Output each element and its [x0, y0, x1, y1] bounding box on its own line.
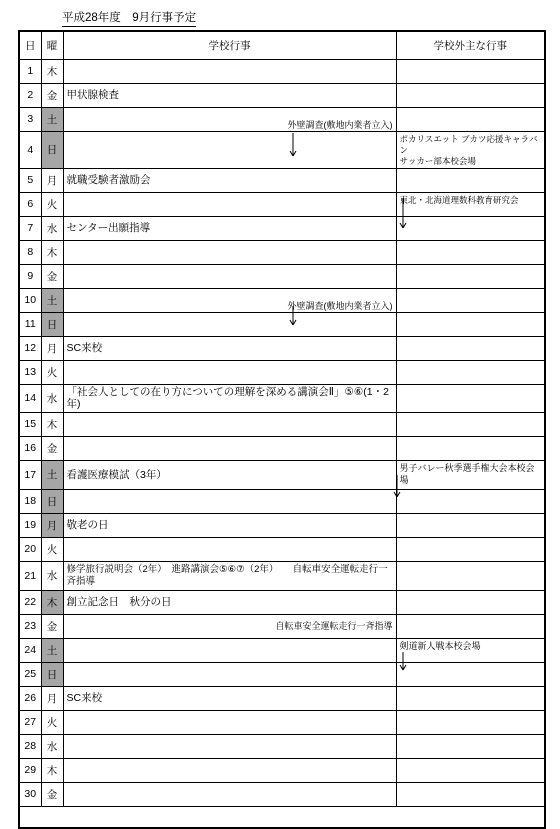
- outside-event-cell: [396, 360, 545, 384]
- day-cell: 18: [19, 489, 41, 513]
- weekday-cell: 水: [41, 734, 63, 758]
- weekday-cell: 月: [41, 513, 63, 537]
- day-cell: 3: [19, 107, 41, 131]
- schedule-row: 16 金: [19, 436, 545, 460]
- schedule-row: 17 土 看護医療模試（3年） 男子バレー秋季選手権大会本校会 場: [19, 460, 545, 489]
- outside-event-cell: [396, 561, 545, 590]
- outside-event-cell: [396, 710, 545, 734]
- day-cell: 11: [19, 312, 41, 336]
- outside-event-cell: [396, 336, 545, 360]
- day-cell: 8: [19, 240, 41, 264]
- day-cell: 30: [19, 782, 41, 806]
- header-day: 日: [19, 31, 41, 59]
- schedule-row: 1 木: [19, 59, 545, 83]
- schedule-row: 2 金 甲状腺検査: [19, 83, 545, 107]
- outside-event-cell: [396, 614, 545, 638]
- school-event-cell: [63, 240, 396, 264]
- table-header: 日 曜 学校行事 学校外主な行事: [19, 31, 545, 59]
- weekday-cell: 土: [41, 107, 63, 131]
- day-cell: 1: [19, 59, 41, 83]
- outside-event-cell: [396, 83, 545, 107]
- schedule-row: 30 金: [19, 782, 545, 806]
- day-cell: 25: [19, 662, 41, 686]
- table-body: 1 木 2 金 甲状腺検査 3 土 外壁調査(敷地内業者立入) 4 日 ポカリス…: [19, 59, 545, 806]
- day-cell: 20: [19, 537, 41, 561]
- school-event-cell: 外壁調査(敷地内業者立入): [63, 288, 396, 312]
- school-event-cell: [63, 489, 396, 513]
- school-event-cell: [63, 782, 396, 806]
- header-outside-events: 学校外主な行事: [396, 31, 545, 59]
- outside-event-cell: [396, 513, 545, 537]
- schedule-row: 10 土 外壁調査(敷地内業者立入): [19, 288, 545, 312]
- outside-event-cell: [396, 240, 545, 264]
- schedule-row: 8 木: [19, 240, 545, 264]
- weekday-cell: 水: [41, 384, 63, 412]
- school-event-cell: [63, 192, 396, 216]
- schedule-row: 24 土 剣道新人戦本校会場: [19, 638, 545, 662]
- schedule-row: 26 月 SC来校: [19, 686, 545, 710]
- schedule-row: 29 木: [19, 758, 545, 782]
- outside-event-cell: 東北・北海道理数科教育研究会: [396, 192, 545, 216]
- schedule-row: 3 土 外壁調査(敷地内業者立入): [19, 107, 545, 131]
- weekday-cell: 土: [41, 460, 63, 489]
- outside-event-cell: ポカリスエット ブカツ応援キャラバン サッカー部本校会場: [396, 131, 545, 168]
- school-event-cell: [63, 264, 396, 288]
- school-event-cell: [63, 360, 396, 384]
- weekday-cell: 木: [41, 590, 63, 614]
- document-page: 平成28年度 9月行事予定 日 曜 学校行事 学校外主な行事 1 木 2 金 甲…: [0, 0, 560, 829]
- day-cell: 5: [19, 168, 41, 192]
- day-cell: 12: [19, 336, 41, 360]
- day-cell: 15: [19, 412, 41, 436]
- weekday-cell: 日: [41, 662, 63, 686]
- weekday-cell: 水: [41, 216, 63, 240]
- weekday-cell: 木: [41, 758, 63, 782]
- school-event-cell: [63, 638, 396, 662]
- schedule-row: 22 木 創立記念日 秋分の日: [19, 590, 545, 614]
- day-cell: 26: [19, 686, 41, 710]
- weekday-cell: 月: [41, 168, 63, 192]
- header-row: 日 曜 学校行事 学校外主な行事: [19, 31, 545, 59]
- schedule-row: 25 日: [19, 662, 545, 686]
- outside-event-cell: [396, 489, 545, 513]
- outside-event-cell: [396, 312, 545, 336]
- weekday-cell: 木: [41, 412, 63, 436]
- school-event-cell: 看護医療模試（3年）: [63, 460, 396, 489]
- school-event-cell: 創立記念日 秋分の日: [63, 590, 396, 614]
- school-event-cell: [63, 734, 396, 758]
- school-event-cell: 就職受験者激励会: [63, 168, 396, 192]
- schedule-row: 28 水: [19, 734, 545, 758]
- weekday-cell: 木: [41, 59, 63, 83]
- outside-event-cell: [396, 590, 545, 614]
- school-event-cell: センター出願指導: [63, 216, 396, 240]
- school-event-cell: [63, 710, 396, 734]
- outside-event-cell: 男子バレー秋季選手権大会本校会 場: [396, 460, 545, 489]
- weekday-cell: 木: [41, 240, 63, 264]
- school-event-cell: 「社会人としての在り方についての理解を深める講演会Ⅱ」⑤⑥(1・2年): [63, 384, 396, 412]
- outside-event-cell: [396, 384, 545, 412]
- outside-event-cell: [396, 168, 545, 192]
- outside-event-cell: [396, 662, 545, 686]
- outside-event-cell: [396, 107, 545, 131]
- outside-event-cell: [396, 758, 545, 782]
- school-event-cell: SC来校: [63, 686, 396, 710]
- school-event-cell: 自転車安全運転走行一斉指導: [63, 614, 396, 638]
- outside-event-cell: [396, 216, 545, 240]
- outside-event-cell: [396, 734, 545, 758]
- outside-event-cell: [396, 288, 545, 312]
- school-event-cell: 修学旅行説明会（2年） 進路講演会⑤⑥⑦（2年） 自転車安全運転走行一斉指導: [63, 561, 396, 590]
- outside-event-cell: [396, 436, 545, 460]
- weekday-cell: 土: [41, 638, 63, 662]
- weekday-cell: 火: [41, 710, 63, 734]
- day-cell: 13: [19, 360, 41, 384]
- school-event-cell: SC来校: [63, 336, 396, 360]
- weekday-cell: 日: [41, 489, 63, 513]
- footer-empty-cell: [19, 806, 545, 828]
- day-cell: 22: [19, 590, 41, 614]
- school-event-cell: [63, 436, 396, 460]
- schedule-row: 13 火: [19, 360, 545, 384]
- schedule-row: 12 月 SC来校: [19, 336, 545, 360]
- outside-event-cell: [396, 59, 545, 83]
- day-cell: 29: [19, 758, 41, 782]
- page-title: 平成28年度 9月行事予定: [62, 11, 196, 27]
- header-weekday: 曜: [41, 31, 63, 59]
- schedule-row: 15 木: [19, 412, 545, 436]
- schedule-row: 9 金: [19, 264, 545, 288]
- day-cell: 19: [19, 513, 41, 537]
- day-cell: 7: [19, 216, 41, 240]
- day-cell: 9: [19, 264, 41, 288]
- weekday-cell: 火: [41, 360, 63, 384]
- weekday-cell: 月: [41, 686, 63, 710]
- schedule-row: 20 火: [19, 537, 545, 561]
- schedule-row: 18 日: [19, 489, 545, 513]
- schedule-row: 11 日: [19, 312, 545, 336]
- schedule-row: 14 水 「社会人としての在り方についての理解を深める講演会Ⅱ」⑤⑥(1・2年): [19, 384, 545, 412]
- day-cell: 24: [19, 638, 41, 662]
- day-cell: 27: [19, 710, 41, 734]
- schedule-table: 日 曜 学校行事 学校外主な行事 1 木 2 金 甲状腺検査 3 土 外壁調査(…: [18, 30, 546, 829]
- weekday-cell: 火: [41, 192, 63, 216]
- outside-event-cell: [396, 782, 545, 806]
- weekday-cell: 水: [41, 561, 63, 590]
- day-cell: 4: [19, 131, 41, 168]
- day-cell: 17: [19, 460, 41, 489]
- schedule-row: 21 水 修学旅行説明会（2年） 進路講演会⑤⑥⑦（2年） 自転車安全運転走行一…: [19, 561, 545, 590]
- schedule-row: 4 日 ポカリスエット ブカツ応援キャラバン サッカー部本校会場: [19, 131, 545, 168]
- school-event-cell: [63, 131, 396, 168]
- outside-event-cell: [396, 412, 545, 436]
- schedule-row: 7 水 センター出願指導: [19, 216, 545, 240]
- schedule-row: 5 月 就職受験者激励会: [19, 168, 545, 192]
- schedule-row: 19 月 敬老の日: [19, 513, 545, 537]
- weekday-cell: 金: [41, 436, 63, 460]
- day-cell: 6: [19, 192, 41, 216]
- outside-event-cell: [396, 537, 545, 561]
- school-event-cell: 敬老の日: [63, 513, 396, 537]
- school-event-cell: [63, 537, 396, 561]
- weekday-cell: 火: [41, 537, 63, 561]
- day-cell: 16: [19, 436, 41, 460]
- outside-event-cell: 剣道新人戦本校会場: [396, 638, 545, 662]
- weekday-cell: 日: [41, 312, 63, 336]
- schedule-row: 23 金 自転車安全運転走行一斉指導: [19, 614, 545, 638]
- school-event-cell: 外壁調査(敷地内業者立入): [63, 107, 396, 131]
- outside-event-cell: [396, 264, 545, 288]
- day-cell: 10: [19, 288, 41, 312]
- weekday-cell: 金: [41, 83, 63, 107]
- school-event-cell: [63, 662, 396, 686]
- schedule-row: 6 火 東北・北海道理数科教育研究会: [19, 192, 545, 216]
- weekday-cell: 日: [41, 131, 63, 168]
- school-event-cell: 甲状腺検査: [63, 83, 396, 107]
- weekday-cell: 月: [41, 336, 63, 360]
- weekday-cell: 金: [41, 264, 63, 288]
- day-cell: 2: [19, 83, 41, 107]
- header-school-events: 学校行事: [63, 31, 396, 59]
- weekday-cell: 金: [41, 782, 63, 806]
- weekday-cell: 土: [41, 288, 63, 312]
- day-cell: 14: [19, 384, 41, 412]
- day-cell: 23: [19, 614, 41, 638]
- day-cell: 28: [19, 734, 41, 758]
- day-cell: 21: [19, 561, 41, 590]
- weekday-cell: 金: [41, 614, 63, 638]
- school-event-cell: [63, 312, 396, 336]
- school-event-cell: [63, 412, 396, 436]
- schedule-row: 27 火: [19, 710, 545, 734]
- outside-event-cell: [396, 686, 545, 710]
- school-event-cell: [63, 59, 396, 83]
- school-event-cell: [63, 758, 396, 782]
- footer-empty-row: [19, 806, 545, 828]
